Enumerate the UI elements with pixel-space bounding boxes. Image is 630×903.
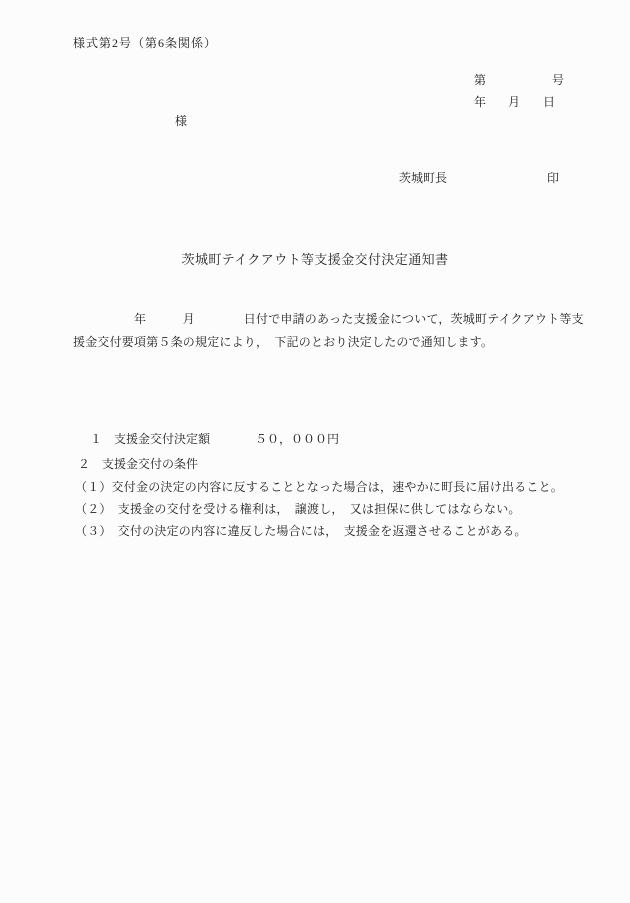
body-paragraph-line-1: 年 月 日付で申請のあった支援金について，茨城町テイクアウト等支 — [73, 311, 584, 328]
date-month-label: 月 — [508, 95, 520, 109]
condition-item-2: （２） 支援金の交付を受ける権利は， 譲渡し， 又は担保に供してはならない。 — [75, 501, 521, 518]
issuer-name-blank — [447, 181, 547, 182]
body-paragraph-line-2: 援金交付要項第５条の規定により， 下記のとおり決定したので通知します。 — [73, 334, 493, 351]
date-year-blank — [486, 105, 508, 106]
condition-item-1: （１）交付金の決定の内容に反することとなった場合は，速やかに町長に届け出ること。 — [75, 479, 563, 496]
date-year-label: 年 — [474, 95, 486, 109]
date-month-blank — [520, 105, 543, 106]
date-line: 年月日 — [462, 77, 555, 128]
condition-item-3: （３） 交付の決定の内容に違反した場合には， 支援金を返還させることがある。 — [75, 523, 527, 540]
grant-amount-label: １ 支援金交付決定額 — [90, 432, 210, 446]
document-page: 様式第2号（第6条関係） 第号 年月日 様 茨城町長印 茨城町テイクアウト等支援… — [0, 0, 630, 903]
conditions-heading: ２ 支援金交付の条件 — [78, 456, 198, 473]
issuer-title: 茨城町長 — [399, 171, 447, 185]
document-title: 茨城町テイクアウト等支援金交付決定通知書 — [0, 251, 630, 268]
form-number-label: 様式第2号（第6条関係） — [73, 35, 217, 52]
date-day-label: 日 — [543, 95, 555, 109]
grant-amount-value: ５０，０００円 — [255, 432, 339, 446]
seal-mark: 印 — [547, 171, 559, 185]
issuer-line: 茨城町長印 — [387, 153, 559, 204]
addressee-honorific: 様 — [175, 113, 187, 130]
